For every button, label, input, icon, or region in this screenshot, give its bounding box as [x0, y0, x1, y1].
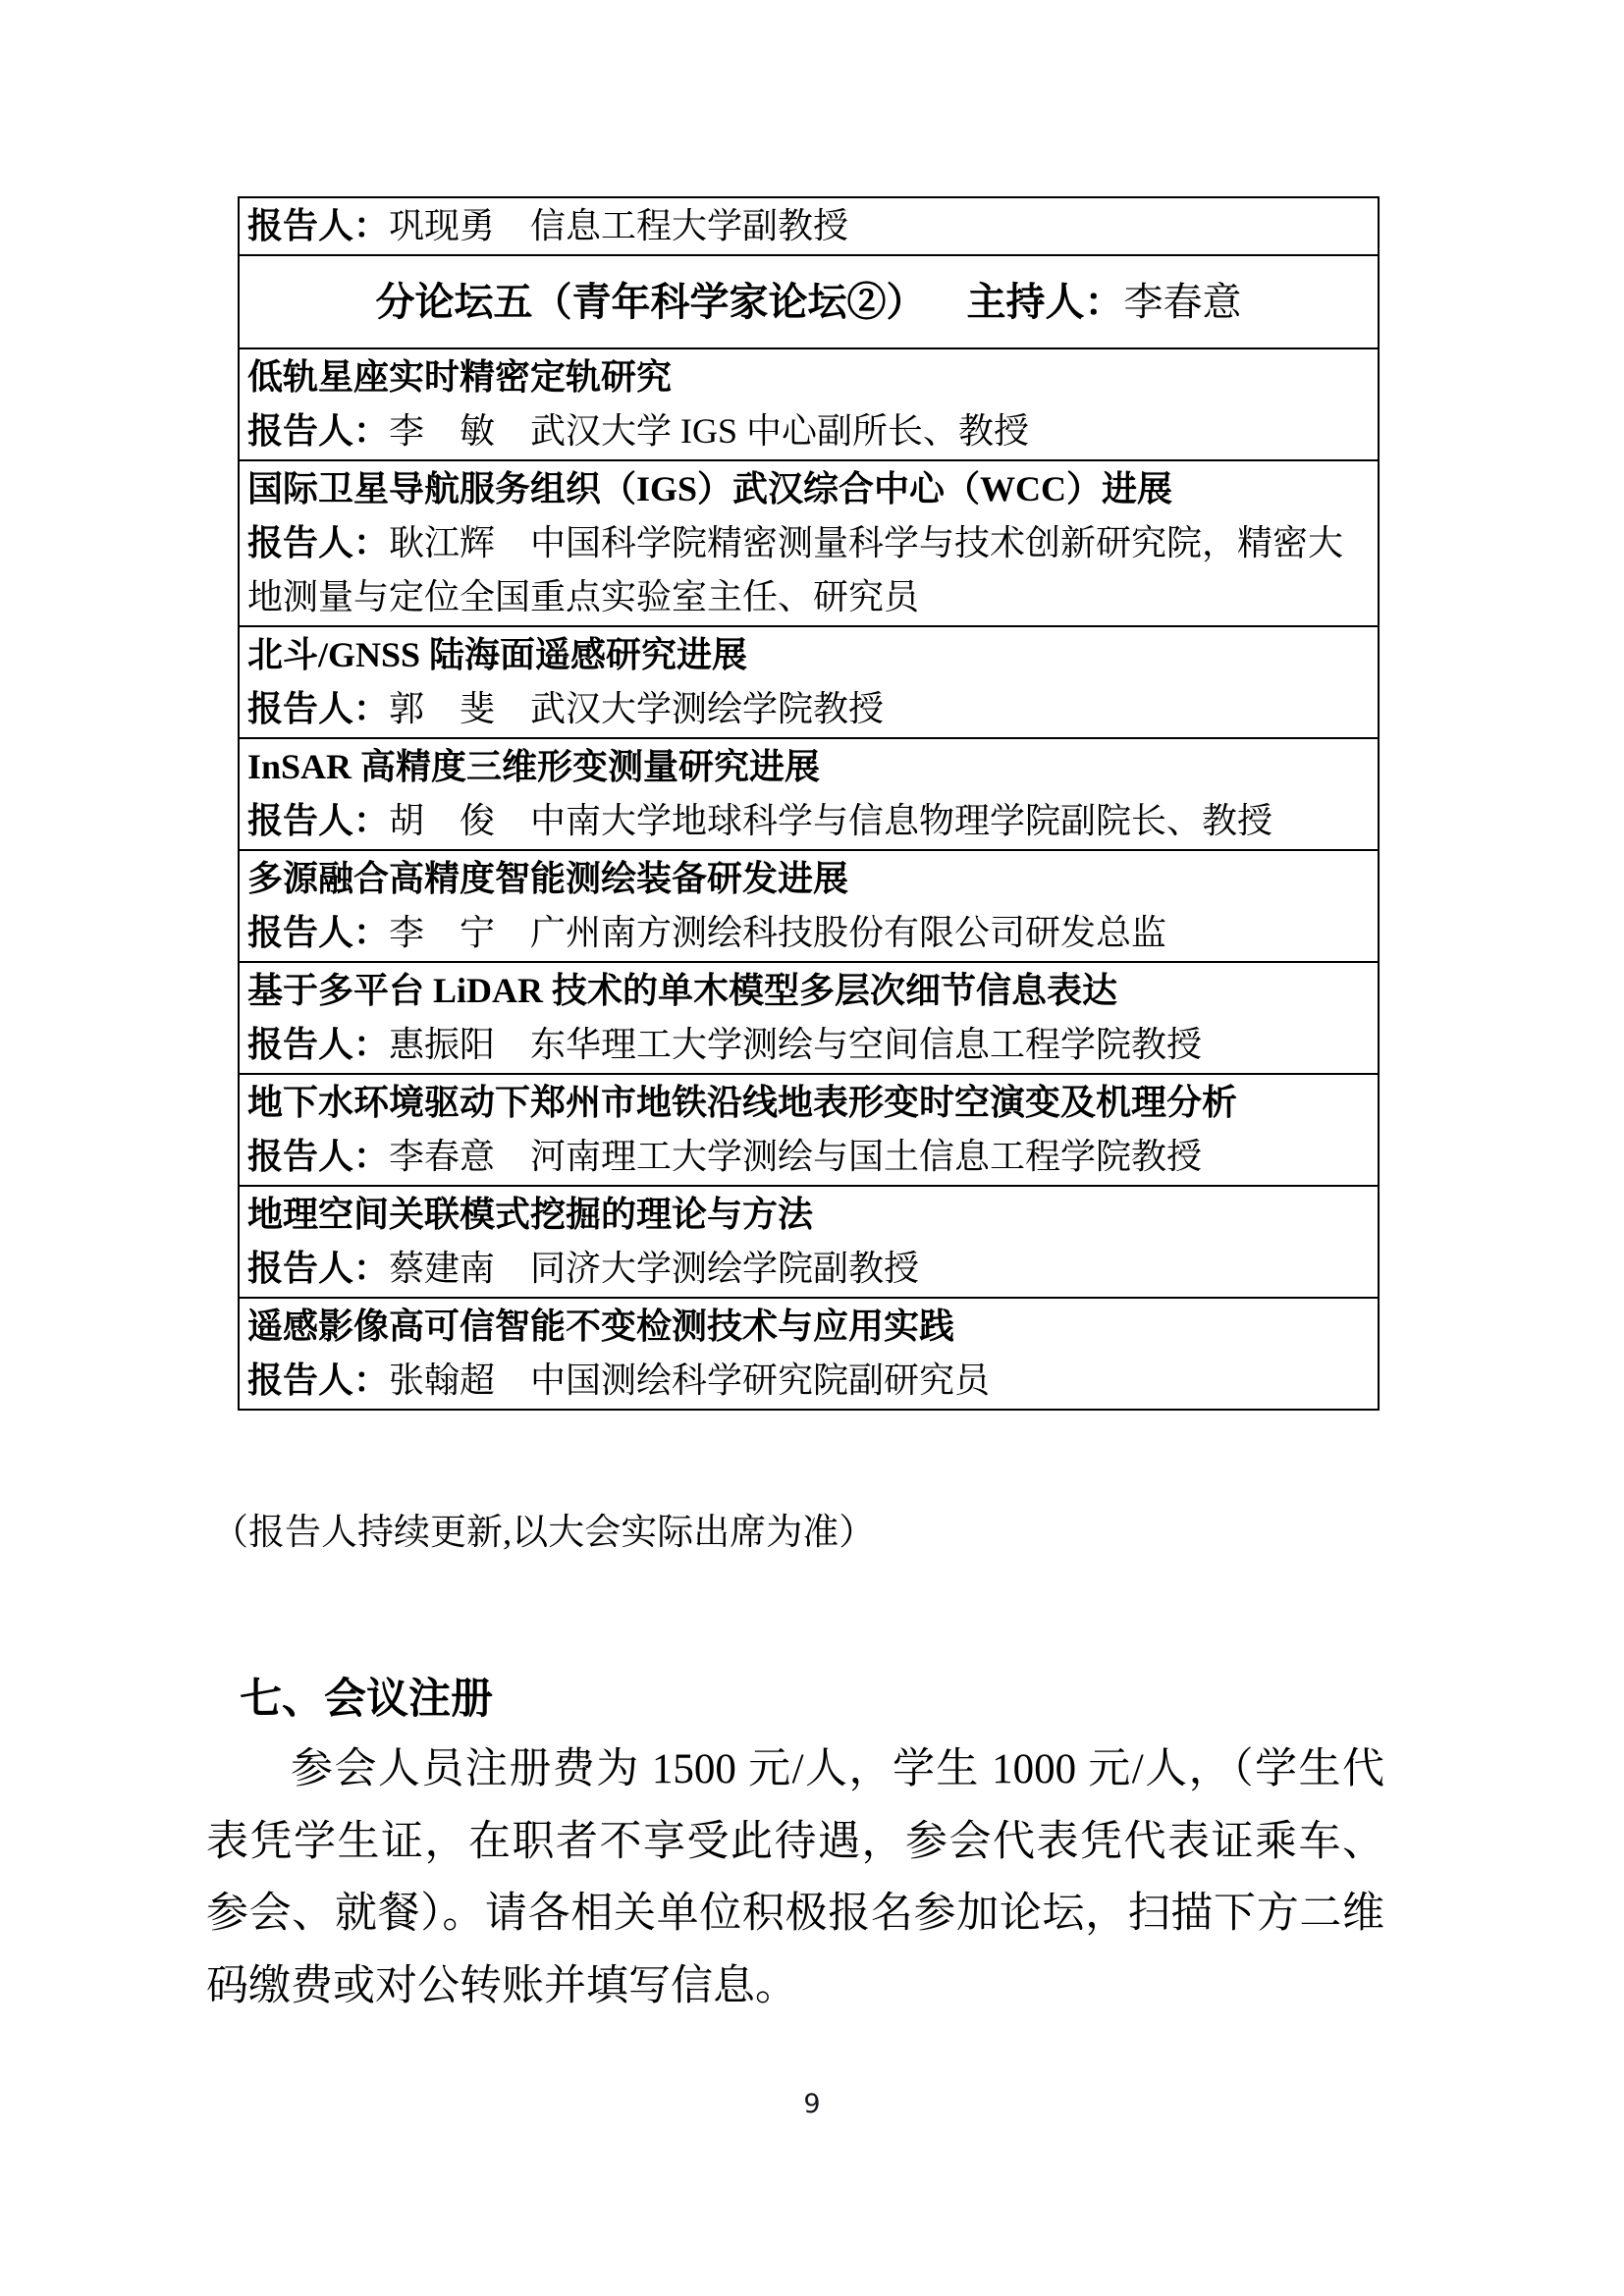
talk-speaker-line: 报告人：耿江辉 中国科学院精密测量科学与技术创新研究院，精密大地测量与定位全国重…: [247, 516, 1370, 624]
talk-title: InSAR 高精度三维形变测量研究进展: [247, 740, 1370, 794]
table-row: 北斗/GNSS 陆海面遥感研究进展 报告人：郭 斐 武汉大学测绘学院教授: [240, 625, 1378, 737]
table-row: 多源融合高精度智能测绘装备研发进展 报告人：李 宁 广州南方测绘科技股份有限公司…: [240, 849, 1378, 961]
table-row: 低轨星座实时精密定轨研究 报告人：李 敏 武汉大学 IGS 中心副所长、教授: [240, 347, 1378, 459]
table-header-row: 分论坛五（青年科学家论坛②）主持人：李春意: [240, 254, 1378, 347]
table-row-continuation: 报告人：巩现勇 信息工程大学副教授: [240, 198, 1378, 254]
speaker-value: 李 宁 广州南方测绘科技股份有限公司研发总监: [389, 913, 1166, 952]
host-name: 李春意: [1124, 280, 1242, 324]
forum-title: 分论坛五（青年科学家论坛②）: [376, 280, 926, 324]
speaker-label: 报告人：: [247, 1361, 389, 1400]
table-row: 遥感影像高可信智能不变检测技术与应用实践 报告人：张翰超 中国测绘科学研究院副研…: [240, 1297, 1378, 1409]
speaker-label: 报告人：: [247, 1137, 389, 1176]
speaker-label: 报告人：: [247, 206, 389, 245]
speaker-value: 耿江辉 中国科学院精密测量科学与技术创新研究院，精密大地测量与定位全国重点实验室…: [247, 523, 1343, 616]
talk-speaker-line: 报告人：李春意 河南理工大学测绘与国土信息工程学院教授: [247, 1130, 1370, 1184]
table-row: 地下水环境驱动下郑州市地铁沿线地表形变时空演变及机理分析 报告人：李春意 河南理…: [240, 1073, 1378, 1185]
table-row: 国际卫星导航服务组织（IGS）武汉综合中心（WCC）进展 报告人：耿江辉 中国科…: [240, 459, 1378, 625]
talk-title: 基于多平台 LiDAR 技术的单木模型多层次细节信息表达: [247, 964, 1370, 1018]
speaker-value: 李 敏 武汉大学 IGS 中心副所长、教授: [389, 411, 1029, 451]
speaker-label: 报告人：: [247, 913, 389, 952]
registration-paragraph: 参会人员注册费为 1500 元/人，学生 1000 元/人，（学生代表凭学生证，…: [206, 1734, 1384, 2022]
host-label: 主持人：: [967, 280, 1124, 324]
talk-speaker-line: 报告人：张翰超 中国测绘科学研究院副研究员: [247, 1354, 1370, 1408]
speaker-label: 报告人：: [247, 1249, 389, 1288]
speaker-label: 报告人：: [247, 689, 389, 728]
talk-speaker-line: 报告人：李 宁 广州南方测绘科技股份有限公司研发总监: [247, 906, 1370, 960]
speaker-value: 胡 俊 中南大学地球科学与信息物理学院副院长、教授: [389, 801, 1272, 840]
table-row: 地理空间关联模式挖掘的理论与方法 报告人：蔡建南 同济大学测绘学院副教授: [240, 1185, 1378, 1297]
talk-speaker-line: 报告人：胡 俊 中南大学地球科学与信息物理学院副院长、教授: [247, 794, 1370, 848]
talk-speaker-line: 报告人：巩现勇 信息工程大学副教授: [247, 199, 1370, 253]
speaker-value: 惠振阳 东华理工大学测绘与空间信息工程学院教授: [389, 1025, 1202, 1064]
talk-title: 遥感影像高可信智能不变检测技术与应用实践: [247, 1300, 1370, 1354]
speaker-label: 报告人：: [247, 801, 389, 840]
talk-title: 国际卫星导航服务组织（IGS）武汉综合中心（WCC）进展: [247, 462, 1370, 516]
talk-title: 地下水环境驱动下郑州市地铁沿线地表形变时空演变及机理分析: [247, 1076, 1370, 1130]
update-note: （报告人持续更新,以大会实际出席为准）: [212, 1506, 875, 1560]
speaker-value: 张翰超 中国测绘科学研究院副研究员: [389, 1361, 990, 1400]
table-row: 基于多平台 LiDAR 技术的单木模型多层次细节信息表达 报告人：惠振阳 东华理…: [240, 961, 1378, 1073]
table-row: InSAR 高精度三维形变测量研究进展 报告人：胡 俊 中南大学地球科学与信息物…: [240, 737, 1378, 849]
talk-title: 北斗/GNSS 陆海面遥感研究进展: [247, 628, 1370, 682]
speaker-label: 报告人：: [247, 523, 389, 562]
talk-speaker-line: 报告人：郭 斐 武汉大学测绘学院教授: [247, 682, 1370, 736]
talk-speaker-line: 报告人：惠振阳 东华理工大学测绘与空间信息工程学院教授: [247, 1018, 1370, 1072]
talk-title: 多源融合高精度智能测绘装备研发进展: [247, 852, 1370, 906]
talk-title: 低轨星座实时精密定轨研究: [247, 350, 1370, 404]
talk-speaker-line: 报告人：李 敏 武汉大学 IGS 中心副所长、教授: [247, 404, 1370, 458]
speaker-label: 报告人：: [247, 411, 389, 451]
talk-title: 地理空间关联模式挖掘的理论与方法: [247, 1188, 1370, 1242]
speaker-value: 蔡建南 同济大学测绘学院副教授: [389, 1249, 919, 1288]
document-page: 报告人：巩现勇 信息工程大学副教授 分论坛五（青年科学家论坛②）主持人：李春意 …: [0, 0, 1624, 2296]
page-number: 9: [0, 2089, 1624, 2119]
talk-speaker-line: 报告人：蔡建南 同济大学测绘学院副教授: [247, 1242, 1370, 1296]
forum-schedule-table: 报告人：巩现勇 信息工程大学副教授 分论坛五（青年科学家论坛②）主持人：李春意 …: [238, 196, 1380, 1411]
speaker-value: 李春意 河南理工大学测绘与国土信息工程学院教授: [389, 1137, 1202, 1176]
speaker-value: 郭 斐 武汉大学测绘学院教授: [389, 689, 884, 728]
speaker-label: 报告人：: [247, 1025, 389, 1064]
section-heading: 七、会议注册: [240, 1673, 493, 1728]
speaker-value: 巩现勇 信息工程大学副教授: [389, 206, 848, 245]
